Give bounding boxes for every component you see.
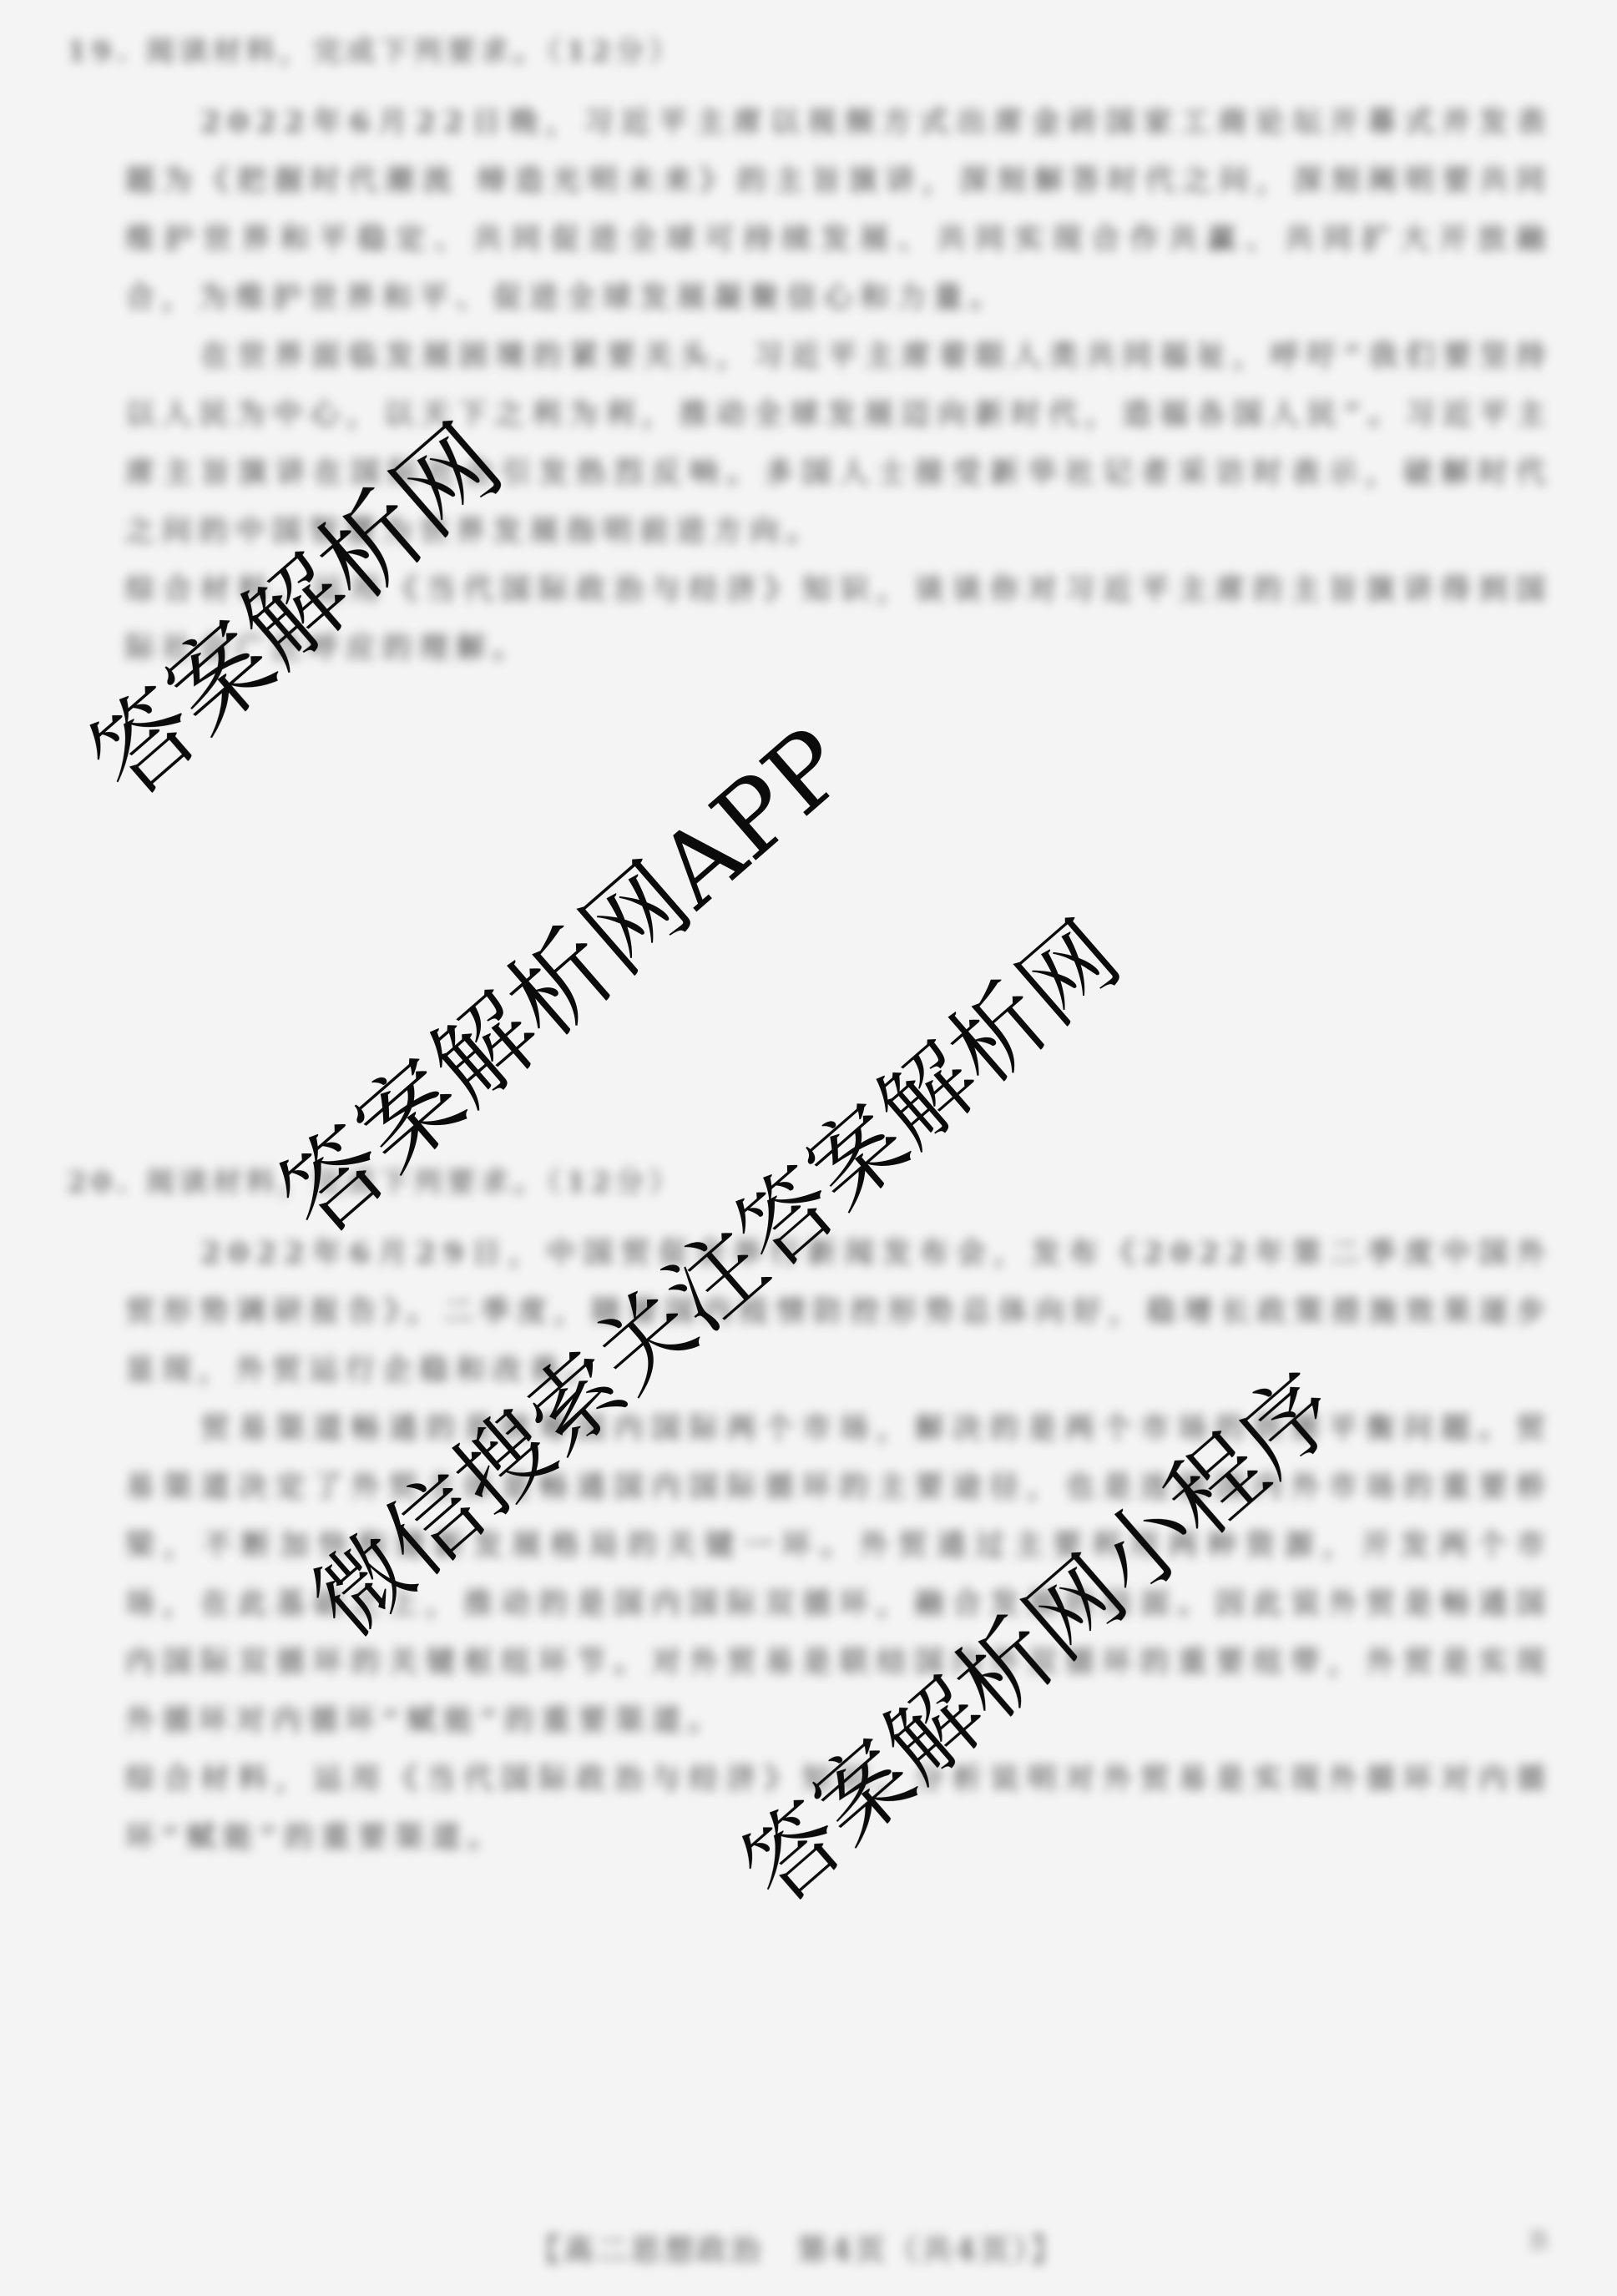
footer-page-code: B [1529,2227,1548,2256]
question-task: 综合材料，运用《当代国际政治与经济》知识，分析说明对外贸易是实现外循环对内循环“… [67,1750,1553,1867]
question-task: 综合材料，运用《当代国际政治与经济》知识，谈谈你对习近平主席的主旨演讲得到国际社… [67,561,1553,678]
material-paragraph: 2022年6月22日晚，习近平主席以视频方式出席金砖国家工商论坛开幕式并发表题为… [67,93,1553,327]
material-paragraph: 在世界面临发展困境的紧要关头，习近平主席着眼人类共同福祉，呼吁“我们要坚持以人民… [67,327,1553,561]
question-19: 19. 阅读材料，完成下列要求。（12分） 2022年6月22日晚，习近平主席以… [67,33,1553,678]
page-footer: 【高二思想政治 第4页（共4页）】 B [0,2227,1617,2268]
question-20: 20. 阅读材料，完成下列要求。（12分） 2022年6月29日，中国贸促会举行… [67,1164,1553,1867]
material-paragraph: 2022年6月29日，中国贸促会举行新闻发布会，发布《2022年第二季度中国外贸… [67,1224,1553,1400]
material-paragraph: 贸易渠道畅通的是统筹国内国际两个市场，解决的是两个市场的供需平衡问题。贸易渠道决… [67,1400,1553,1750]
question-title: 20. 阅读材料，完成下列要求。（12分） [67,1164,1553,1201]
exam-page: 19. 阅读材料，完成下列要求。（12分） 2022年6月22日晚，习近平主席以… [0,0,1617,2296]
footer-label: 【高二思想政治 第4页（共4页）】 [530,2227,1064,2269]
question-title: 19. 阅读材料，完成下列要求。（12分） [67,33,1553,70]
